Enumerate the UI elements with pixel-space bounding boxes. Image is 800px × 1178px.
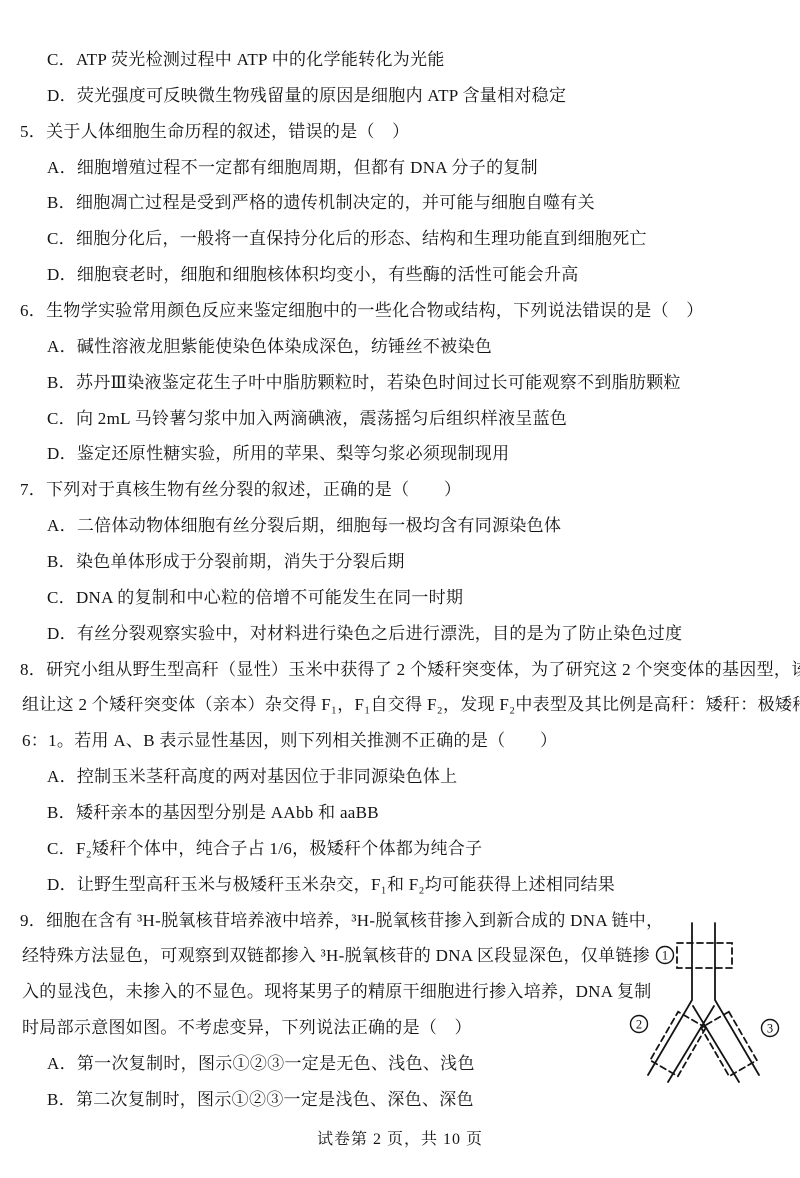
dashed-region-box-1 bbox=[677, 943, 732, 968]
question-6-option-c: C．向 2mL 马铃薯匀浆中加入两滴碘液，震荡摇匀后组织样液呈蓝色 bbox=[0, 401, 800, 437]
question-7-option-b: B．染色单体形成于分裂前期，消失于分裂后期 bbox=[0, 544, 800, 580]
dna-replication-fork-svg: 1 2 3 bbox=[628, 898, 800, 1093]
question-8-stem-line-3: 6：1。若用 A、B 表示显性基因，则下列相关推测不正确的是（ ） bbox=[0, 723, 800, 759]
question-8-stem-line-1: 8．研究小组从野生型高秆（显性）玉米中获得了 2 个矮秆突变体，为了研究这 2 … bbox=[0, 652, 800, 688]
question-8-stem-line-2: 组让这 2 个矮秆突变体（亲本）杂交得 F₁，F₁自交得 F₂，发现 F₂中表型… bbox=[0, 687, 800, 723]
figure-label-2: 2 bbox=[636, 1018, 642, 1032]
question-6-option-d: D．鉴定还原性糖实验，所用的苹果、梨等匀浆必须现制现用 bbox=[0, 436, 800, 472]
question-4-option-d: D．荧光强度可反映微生物残留量的原因是细胞内 ATP 含量相对稳定 bbox=[0, 78, 800, 114]
figure-label-1: 1 bbox=[662, 949, 668, 963]
dna-replication-fork-figure: 1 2 3 bbox=[628, 898, 800, 1093]
question-5-stem: 5．关于人体细胞生命历程的叙述，错误的是（ ） bbox=[0, 114, 800, 150]
exam-paper-page: C．ATP 荧光检测过程中 ATP 中的化学能转化为光能 D．荧光强度可反映微生… bbox=[0, 0, 800, 1178]
figure-label-3: 3 bbox=[767, 1022, 773, 1036]
question-5-option-a: A．细胞增殖过程不一定都有细胞周期，但都有 DNA 分子的复制 bbox=[0, 150, 800, 186]
new-strand-left-line bbox=[668, 1006, 714, 1082]
question-7-option-c: C．DNA 的复制和中心粒的倍增不可能发生在同一时期 bbox=[0, 580, 800, 616]
question-6-option-a: A．碱性溶液龙胆紫能使染色体染成深色，纺锤丝不被染色 bbox=[0, 329, 800, 365]
question-5-option-c: C．细胞分化后，一般将一直保持分化后的形态、结构和生理功能直到细胞死亡 bbox=[0, 221, 800, 257]
question-5-option-d: D．细胞衰老时，细胞和细胞核体积均变小，有些酶的活性可能会升高 bbox=[0, 257, 800, 293]
question-8-option-c: C．F₂矮秆个体中，纯合子占 1/6，极矮秆个体都为纯合子 bbox=[0, 831, 800, 867]
question-7-stem: 7．下列对于真核生物有丝分裂的叙述，正确的是（ ） bbox=[0, 472, 800, 508]
question-5-option-b: B．细胞凋亡过程是受到严格的遗传机制决定的，并可能与细胞自噬有关 bbox=[0, 185, 800, 221]
question-4-option-c: C．ATP 荧光检测过程中 ATP 中的化学能转化为光能 bbox=[0, 42, 800, 78]
question-7-option-a: A．二倍体动物体细胞有丝分裂后期，细胞每一极均含有同源染色体 bbox=[0, 508, 800, 544]
question-8-option-b: B．矮秆亲本的基因型分别是 AAbb 和 aaBB bbox=[0, 795, 800, 831]
question-6-stem: 6．生物学实验常用颜色反应来鉴定细胞中的一些化合物或结构，下列说法错误的是（ ） bbox=[0, 293, 800, 329]
question-7-option-d: D．有丝分裂观察实验中，对材料进行染色之后进行漂洗，目的是为了防止染色过度 bbox=[0, 616, 800, 652]
page-footer: 试卷第 2 页，共 10 页 bbox=[0, 1126, 800, 1149]
question-6-option-b: B．苏丹Ⅲ染液鉴定花生子叶中脂肪颗粒时，若染色时间过长可能观察不到脂肪颗粒 bbox=[0, 365, 800, 401]
question-8-option-a: A．控制玉米茎秆高度的两对基因位于非同源染色体上 bbox=[0, 759, 800, 795]
